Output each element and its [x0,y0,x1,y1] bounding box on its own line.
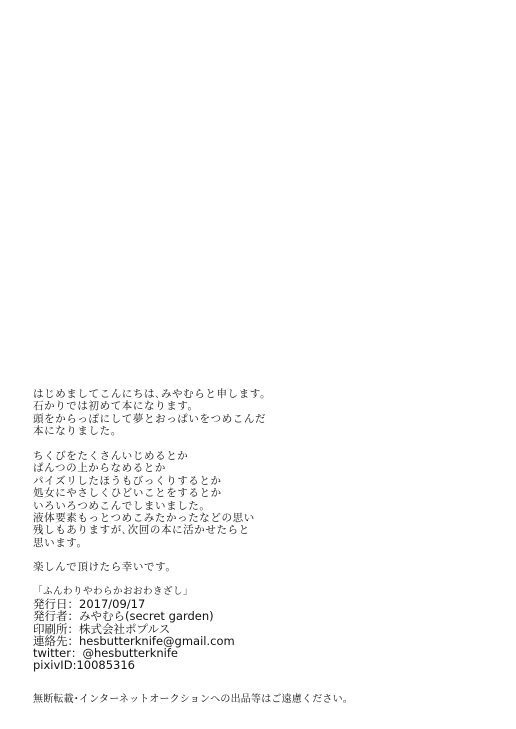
afterword-line: パイズリしたほうもびっくりするとか [33,475,271,487]
afterword-line: 頭をからっぽにして夢とおっぱいをつめこんだ [33,413,271,425]
colophon: 「ふんわりやわらかおおわきざし」 発行日 ： 2017/09/17 発行者 ： … [33,586,235,672]
afterword-text: はじめましてこんにちは､みやむらと申します。 石かりでは初めて本になります。 頭… [33,388,271,574]
afterword-line: ちくびをたくさんいじめるとか [33,450,271,462]
colophon-label: 発行者 [33,610,68,622]
afterword-line: 思います。 [33,537,271,549]
colophon-value: みやむら(secret garden) [79,610,214,622]
afterword-line: 液体要素もっとつめこみたかったなどの思い [33,512,271,524]
colophon-separator: ： [68,610,80,622]
paragraph-gap [33,438,271,450]
afterword-line: ぱんつの上からなめるとか [33,462,271,474]
afterword-line: はじめましてこんにちは､みやむらと申します。 [33,388,271,400]
afterword-line: 本になりました。 [33,425,271,437]
afterword-line: 処女にやさしくひどいことをするとか [33,487,271,499]
afterword-line: 楽しんで頂けたら幸いです。 [33,561,271,573]
afterword-line: いろいろつめこんでしまいました。 [33,500,271,512]
back-page: はじめましてこんにちは､みやむらと申します。 石かりでは初めて本になります。 頭… [0,0,516,729]
colophon-label: pixivID [33,659,73,671]
afterword-line: 残しもありますが､次回の本に活かせたらと [33,524,271,536]
colophon-row-publisher: 発行者 ： みやむら(secret garden) [33,610,235,622]
afterword-line: 石かりでは初めて本になります。 [33,400,271,412]
colophon-value: 10085316 [76,659,135,671]
paragraph-gap [33,549,271,561]
copyright-notice: 無断転載･インターネットオークションへの出品等はご遠慮ください。 [33,694,353,706]
colophon-row-pixiv: pixivID : 10085316 [33,659,235,671]
